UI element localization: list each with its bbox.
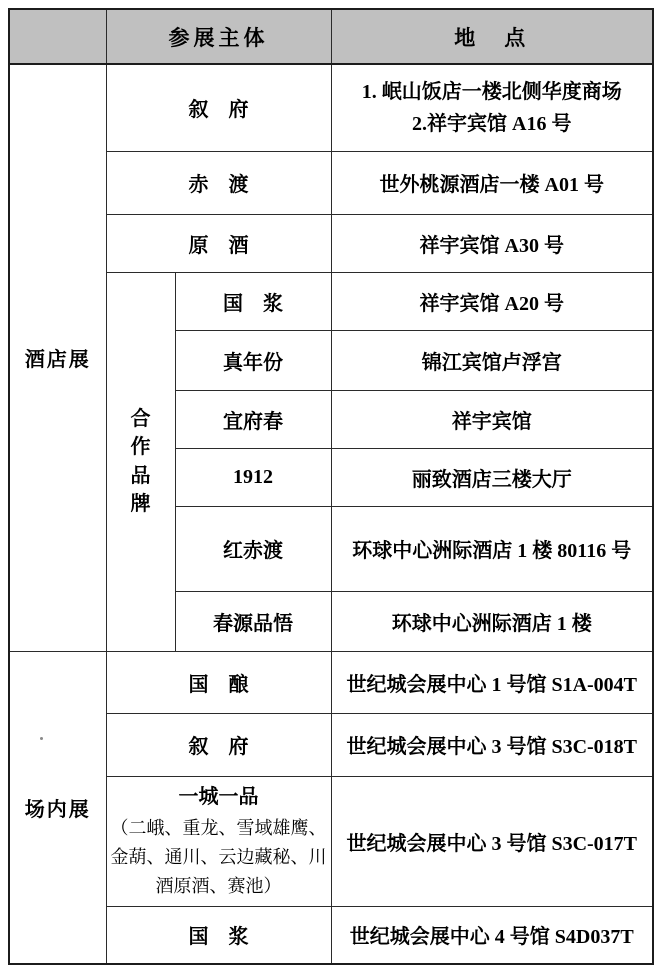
coop-group-label: 合作品牌 <box>130 405 152 519</box>
table-row: 一城一品 （二峨、重龙、雪域雄鹰、金葫、通川、云边藏秘、川酒原酒、赛池） 世纪城… <box>9 776 653 906</box>
location-cell: 锦江宾馆卢浮宫 <box>331 330 653 390</box>
brand-cell: 红赤渡 <box>175 506 331 591</box>
location-cell: 世纪城会展中心 3 号馆 S3C-017T <box>331 776 653 906</box>
location-cell: 祥宇宾馆 A30 号 <box>331 214 653 272</box>
location-cell: 1. 岷山饭店一楼北侧华度商场 2.祥宇宾馆 A16 号 <box>331 64 653 151</box>
location-cell: 世纪城会展中心 3 号馆 S3C-018T <box>331 713 653 776</box>
brand-sub-brands-note: （二峨、重龙、雪域雄鹰、金葫、通川、云边藏秘、川酒原酒、赛池） <box>111 814 327 901</box>
location-cell: 祥宇宾馆 A20 号 <box>331 272 653 330</box>
location-cell: 祥宇宾馆 <box>331 390 653 448</box>
exhibition-table: 参展主体 地 点 酒店展 叙 府 1. 岷山饭店一楼北侧华度商场 2.祥宇宾馆 … <box>8 8 654 965</box>
header-exhibitor: 参展主体 <box>106 9 331 64</box>
brand-cell: 春源品悟 <box>175 591 331 651</box>
brand-cell: 叙 府 <box>106 713 331 776</box>
brand-cell: 国 浆 <box>175 272 331 330</box>
brand-cell: 宜府春 <box>175 390 331 448</box>
brand-cell: 国 浆 <box>106 906 331 964</box>
table-row: 场内展 国 酿 世纪城会展中心 1 号馆 S1A-004T <box>9 651 653 713</box>
location-cell: 环球中心洲际酒店 1 楼 <box>331 591 653 651</box>
section-label-venue: 场内展 <box>9 651 106 964</box>
brand-cell: 真年份 <box>175 330 331 390</box>
table-row: 叙 府 世纪城会展中心 3 号馆 S3C-018T <box>9 713 653 776</box>
section-label-hotel: 酒店展 <box>9 64 106 651</box>
location-cell: 环球中心洲际酒店 1 楼 80116 号 <box>331 506 653 591</box>
document-page: 参展主体 地 点 酒店展 叙 府 1. 岷山饭店一楼北侧华度商场 2.祥宇宾馆 … <box>0 0 660 978</box>
brand-cell: 叙 府 <box>106 64 331 151</box>
brand-name: 一城一品 <box>111 782 327 812</box>
brand-cell: 一城一品 （二峨、重龙、雪域雄鹰、金葫、通川、云边藏秘、川酒原酒、赛池） <box>106 776 331 906</box>
location-cell: 世外桃源酒店一楼 A01 号 <box>331 151 653 214</box>
header-empty-cell <box>9 9 106 64</box>
brand-cell: 赤 渡 <box>106 151 331 214</box>
stray-dot-artifact <box>40 737 43 740</box>
table-row: 酒店展 叙 府 1. 岷山饭店一楼北侧华度商场 2.祥宇宾馆 A16 号 <box>9 64 653 151</box>
header-location: 地 点 <box>331 9 653 64</box>
location-cell: 世纪城会展中心 1 号馆 S1A-004T <box>331 651 653 713</box>
location-cell: 丽致酒店三楼大厅 <box>331 448 653 506</box>
table-row: 国 浆 世纪城会展中心 4 号馆 S4D037T <box>9 906 653 964</box>
table-header-row: 参展主体 地 点 <box>9 9 653 64</box>
table-row: 合作品牌 国 浆 祥宇宾馆 A20 号 <box>9 272 653 330</box>
coop-group-label-cell: 合作品牌 <box>106 272 175 651</box>
table-row: 原 酒 祥宇宾馆 A30 号 <box>9 214 653 272</box>
location-cell: 世纪城会展中心 4 号馆 S4D037T <box>331 906 653 964</box>
table-row: 赤 渡 世外桃源酒店一楼 A01 号 <box>9 151 653 214</box>
brand-cell: 原 酒 <box>106 214 331 272</box>
brand-cell: 国 酿 <box>106 651 331 713</box>
brand-cell: 1912 <box>175 448 331 506</box>
location-line: 1. 岷山饭店一楼北侧华度商场 <box>336 76 649 108</box>
location-line: 2.祥宇宾馆 A16 号 <box>336 108 649 140</box>
